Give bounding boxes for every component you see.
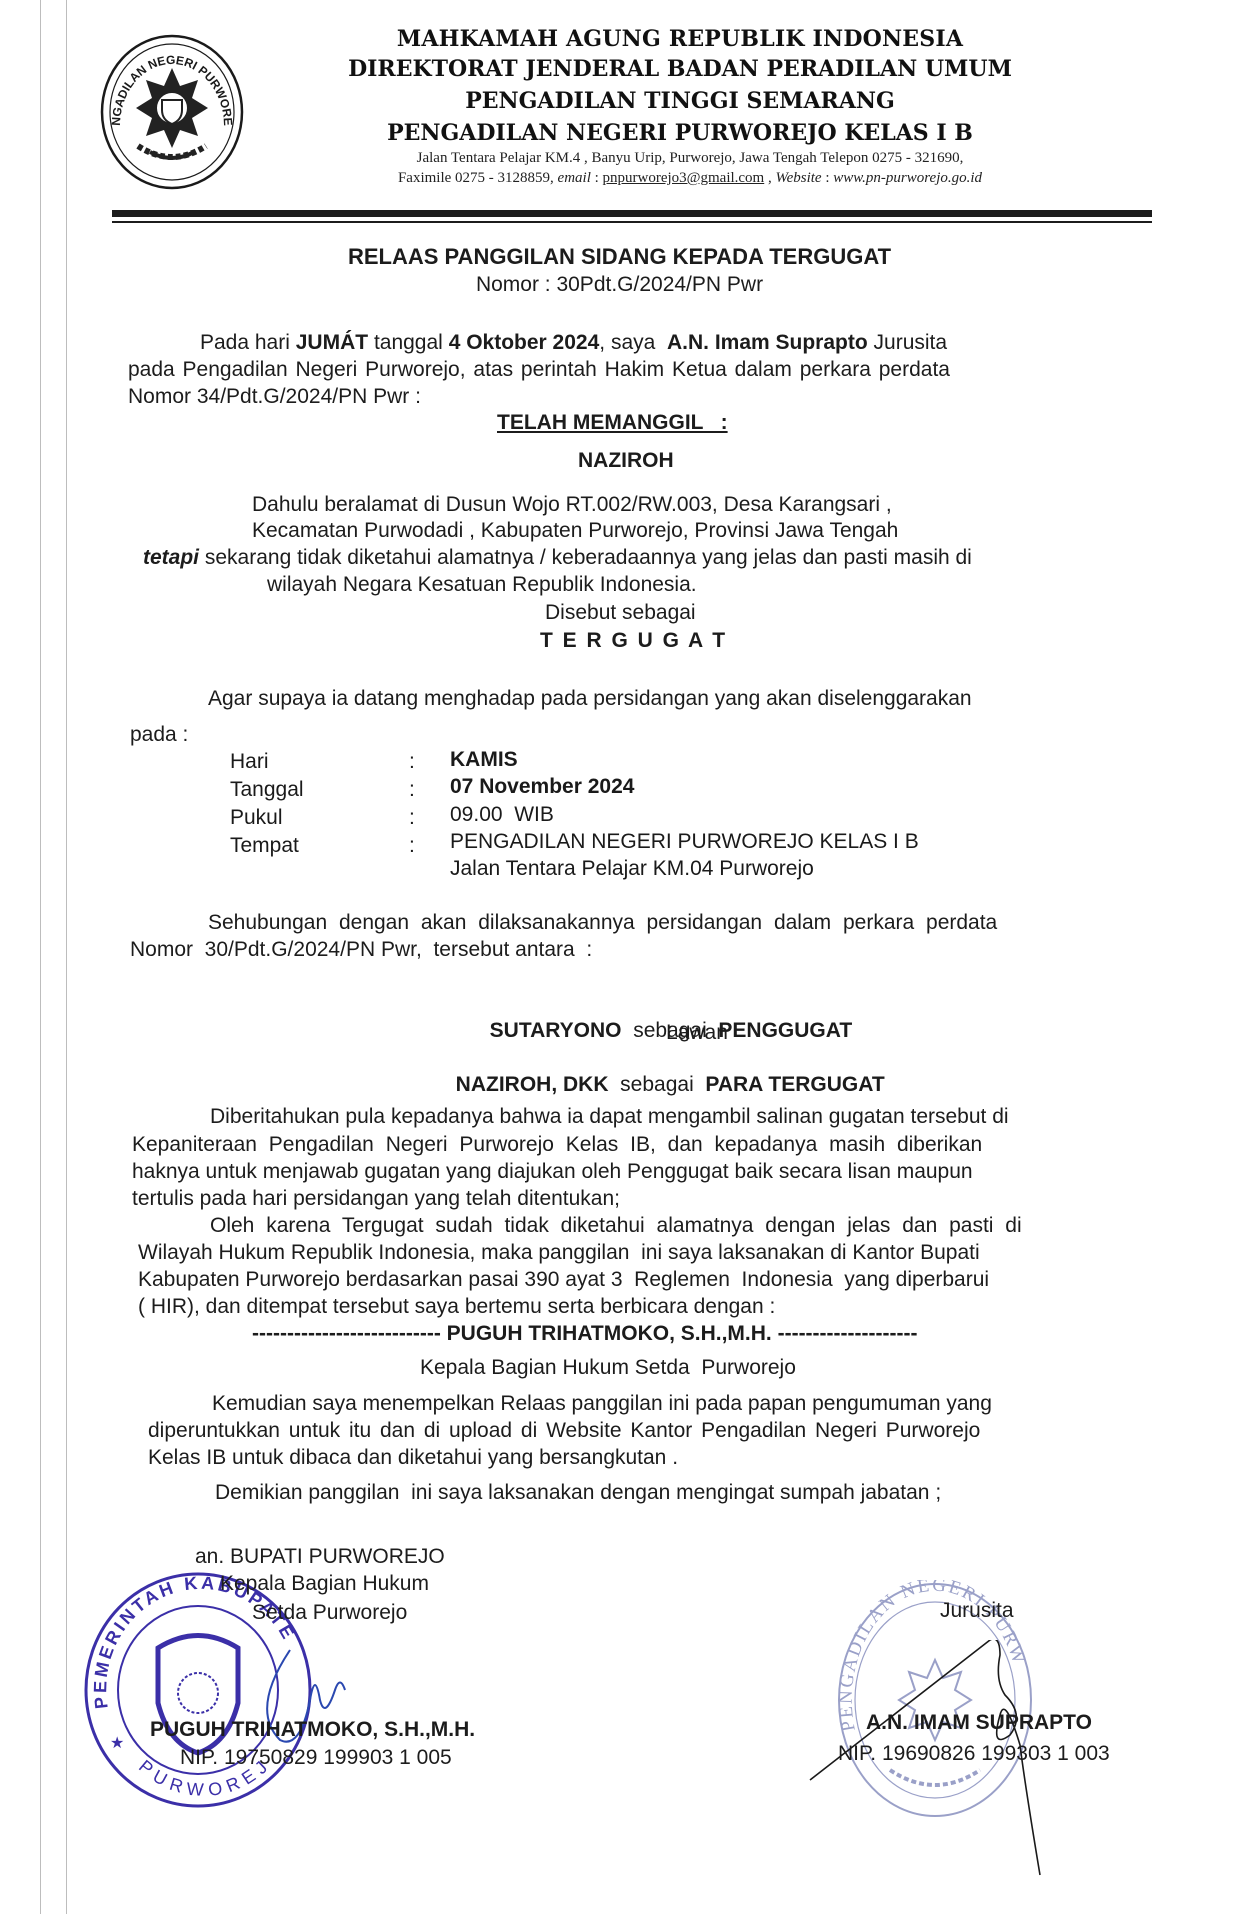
role-tergugat: T E R G U G A T [540, 628, 727, 654]
intro-date: 4 Oktober 2024 [449, 331, 600, 354]
reason-line-1: Oleh karena Tergugat sudah tidak diketah… [210, 1213, 1022, 1239]
letterhead-line-3: PENGADILAN TINGGI SEMARANG [270, 88, 1090, 114]
hearing-time: 09.00 WIB [450, 803, 554, 827]
intro-line-1: Pada hari JUMÁT tanggal 4 Oktober 2024, … [200, 330, 947, 356]
intro-line-2: pada Pengadilan Negeri Purworejo, atas p… [128, 357, 950, 383]
email-link[interactable]: pnpurworejo3@gmail.com [603, 170, 765, 186]
parties-versus: Lawan [666, 1020, 728, 1046]
notice-line-1: Diberitahukan pula kepadanya bahwa ia da… [210, 1104, 1009, 1130]
letterhead-divider-thin [112, 221, 1152, 223]
signatory-nip-left: NIP. 19750829 199903 1 005 [180, 1745, 452, 1771]
notice-line-2: Kepaniteraan Pengadilan Negeri Purworejo… [132, 1132, 982, 1158]
tetapi-emphasis: tetapi [143, 546, 199, 569]
intro-line-3: Nomor 34/Pdt.G/2024/PN Pwr : [128, 384, 421, 410]
letterhead-divider-thick [112, 210, 1152, 217]
posting-line-1: Kemudian saya menempelkan Relaas panggil… [212, 1391, 992, 1417]
summon-line-2: pada : [130, 722, 188, 748]
address-line-1: Dahulu beralamat di Dusun Wojo RT.002/RW… [252, 492, 892, 518]
letterhead-line-1: MAHKAMAH AGUNG REPUBLIK INDONESIA [270, 26, 1090, 52]
signatory-position: Kepala Bagian Hukum [220, 1571, 429, 1597]
website-label: Website [775, 170, 821, 186]
signatory-name-left: PUGUH TRIHATMOKO, S.H.,M.H. [150, 1717, 475, 1743]
document-title: RELAAS PANGGILAN SIDANG KEPADA TERGUGAT [0, 244, 1239, 270]
hearing-day: KAMIS [450, 748, 518, 772]
summon-line-1: Agar supaya ia datang menghadap pada per… [208, 686, 972, 712]
met-person-title: Kepala Bagian Hukum Setda Purworejo [420, 1355, 796, 1381]
defendant-name: NAZIROH [578, 448, 674, 474]
document-number: Nomor : 30Pdt.G/2024/PN Pwr [0, 272, 1239, 298]
hearing-place: PENGADILAN NEGERI PURWOREJO KELAS I B [450, 830, 919, 854]
svg-text:★: ★ [110, 1735, 124, 1752]
signatory-office: Setda Purworejo [252, 1600, 407, 1626]
relation-line-1: Sehubungan dengan akan dilaksanakannya p… [208, 910, 997, 936]
hearing-place-address: Jalan Tentara Pelajar KM.04 Purworejo [450, 857, 814, 881]
unknown-address-line: tetapi sekarang tidak diketahui alamatny… [143, 545, 972, 571]
notice-line-4: tertulis pada hari persidangan yang tela… [132, 1186, 620, 1212]
signatory-nip-right: NIP. 19690826 199303 1 003 [838, 1741, 1110, 1767]
defendants-role: PARA TERGUGAT [705, 1073, 884, 1096]
letterhead-contact: Faximile 0275 - 3128859, email : pnpurwo… [290, 170, 1090, 187]
reason-line-3: Kabupaten Purworejo berdasarkan pasai 39… [138, 1267, 989, 1293]
parties-defendant-line: NAZIROH, DKK sebagai PARA TERGUGAT [444, 1046, 885, 1098]
reason-line-2: Wilayah Hukum Republik Indonesia, maka p… [138, 1240, 980, 1266]
officer-name: A.N. Imam Suprapto [667, 331, 868, 354]
closing-statement: Demikian panggilan ini saya laksanakan d… [215, 1480, 941, 1506]
relation-line-2: Nomor 30/Pdt.G/2024/PN Pwr, tersebut ant… [130, 937, 592, 963]
signatory-on-behalf: an. BUPATI PURWOREJO [195, 1544, 445, 1570]
defendants-name: NAZIROH, DKK [456, 1073, 609, 1096]
letterhead-line-2: DIREKTORAT JENDERAL BADAN PERADILAN UMUM [270, 56, 1090, 82]
hearing-date: 07 November 2024 [450, 775, 634, 799]
reason-line-4: ( HIR), dan ditempat tersebut saya berte… [138, 1294, 775, 1320]
signatory-name-right: A.N. IMAM SUPRAPTO [866, 1710, 1092, 1736]
plaintiff-role: PENGGUGAT [718, 1019, 852, 1042]
court-seal-icon: PENGADILAN NEGERI PURWOREJO [98, 28, 246, 190]
called-heading: TELAH MEMANGGIL : [497, 410, 728, 436]
posting-line-2: diperuntukkan untuk itu dan di upload di… [148, 1418, 980, 1444]
fax-number: Faximile 0275 - 3128859, [398, 170, 554, 186]
email-label: email [558, 170, 591, 186]
notice-line-3: haknya untuk menjawab gugatan yang diaju… [132, 1159, 973, 1185]
letterhead-address: Jalan Tentara Pelajar KM.4 , Banyu Urip,… [290, 150, 1090, 167]
territory-line: wilayah Negara Kesatuan Republik Indones… [267, 572, 697, 598]
posting-line-3: Kelas IB untuk dibaca dan diketahui yang… [148, 1445, 678, 1471]
website-link[interactable]: www.pn-purworejo.go.id [833, 170, 982, 186]
met-person: --------------------------- PUGUH TRIHAT… [252, 1321, 917, 1347]
plaintiff-name: SUTARYONO [490, 1019, 622, 1042]
intro-day: JUMÁT [296, 331, 368, 354]
letterhead-line-4: PENGADILAN NEGERI PURWOREJO KELAS I B [270, 120, 1090, 146]
address-line-2: Kecamatan Purwodadi , Kabupaten Purworej… [252, 518, 898, 544]
disebut-sebagai: Disebut sebagai [545, 600, 696, 626]
bailiff-role: Jurusita [940, 1598, 1014, 1624]
